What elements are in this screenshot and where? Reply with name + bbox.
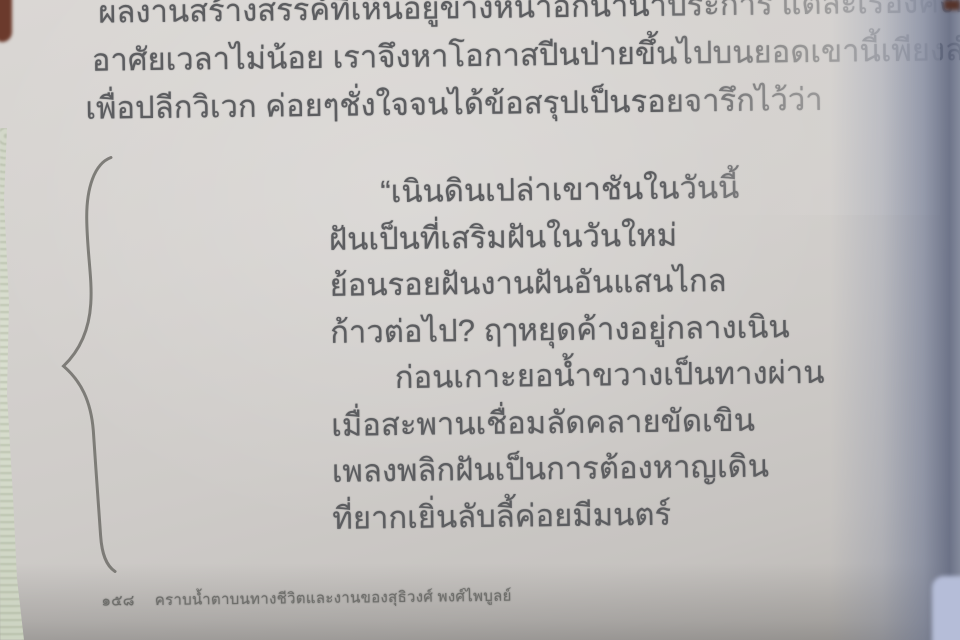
page-edge-shadow — [830, 0, 960, 640]
bottom-right-corner-surface — [932, 576, 960, 640]
poem-line: ฝันเป็นที่เสริมฝันในวันใหม่ — [329, 210, 823, 263]
poem-line: ย้อนรอยฝันงานฝันอันแสนไกล — [329, 257, 823, 310]
poem-line: เมื่อสะพานเชื่อมลัดคลายขัดเขิน — [331, 396, 825, 449]
page-footer: ๑๕๘ คราบน้ำตาบนทางชีวิตและงานของสุธิวงศ์… — [101, 584, 512, 613]
top-left-corner-object — [0, 0, 12, 42]
poem-line: เพลงพลิกฝันเป็นการต้องหาญเดิน — [332, 443, 826, 496]
poem-block: “เนินดินเปล่าเขาชันในวันนี้ ฝันเป็นที่เส… — [328, 164, 826, 542]
top-right-edge-dark — [944, 0, 960, 10]
book-page-photo: ผลงานสร้างสรรค์ที่เห็นอยู่ข้างหน้าอีกนาน… — [0, 0, 960, 640]
poem-line: ก้าวต่อไป? ฤๅหยุดค้างอยู่กลางเนิน — [330, 303, 824, 356]
page-number: ๑๕๘ — [101, 588, 135, 612]
poem-line: ที่ยากเยิ่นลับลี้ค่อยมีมนตร์ — [332, 489, 826, 542]
running-title: คราบน้ำตาบนทางชีวิตและงานของสุธิวงศ์ พงศ… — [155, 584, 512, 612]
poem-line: ก่อนเกาะยอน้ำขวางเป็นทางผ่าน — [394, 350, 824, 402]
